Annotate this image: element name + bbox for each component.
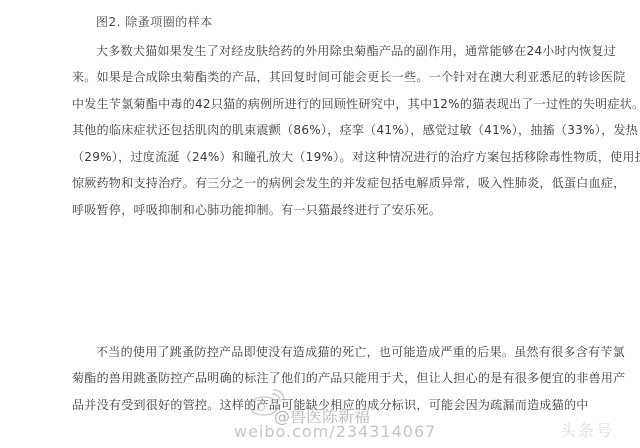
paragraph-line: 不当的使用了跳蚤防控产品即使没有造成猫的死亡，也可能造成严重的后果。虽然有很多含… xyxy=(96,344,625,360)
paragraph-line: 其他的临床症状还包括肌肉的肌束震颤（86%），痉挛（41%），感觉过敏（41%）… xyxy=(72,122,638,138)
paragraph-line: 品并没有受到很好的管控。这样的产品可能缺少相应的成分标识，可能会因为疏漏而造成猫… xyxy=(72,397,589,413)
corner-watermark-text: 头条号 xyxy=(560,421,614,440)
paragraph-line: 来。如果是合成除虫菊酯类的产品，其回复时间可能会更长一些。一个针对在澳大利亚悉尼… xyxy=(72,69,626,85)
document-page: 图2. 除蚤项圈的样本 大多数犬猫如果发生了对经皮肤给药的外用除虫菊酯产品的副作… xyxy=(0,0,640,448)
watermark-url: weibo.com/2343140​67 xyxy=(234,422,436,441)
paragraph-line: （29%），过度流涎（24%）和瞳孔放大（19%）。对这种情况进行的治疗方案包括… xyxy=(72,149,640,165)
paragraph-line: 中发生苄氯菊酯中毒的42只猫的病例所进行的回顾性研究中，其中12%的猫表现出了一… xyxy=(72,96,640,112)
paragraph-line: 大多数犬猫如果发生了对经皮肤给药的外用除虫菊酯产品的副作用，通常能够在24小时内… xyxy=(96,43,616,59)
paragraph-line: 呼吸暂停，呼吸抑制和心肺功能抑制。有一只猫最终进行了安乐死。 xyxy=(72,202,441,218)
paragraph-line: 菊酯的兽用跳蚤防控产品明确的标注了他们的产品只能用于犬，但让人担心的是有很多便宜… xyxy=(72,370,626,386)
corner-watermark: 头条号 xyxy=(560,418,640,444)
figure-caption: 图2. 除蚤项圈的样本 xyxy=(96,14,213,30)
paragraph-line: 惊厥药物和支持治疗。有三分之一的病例会发生的并发症包括电解质异常，吸入性肺炎，低… xyxy=(72,175,626,191)
